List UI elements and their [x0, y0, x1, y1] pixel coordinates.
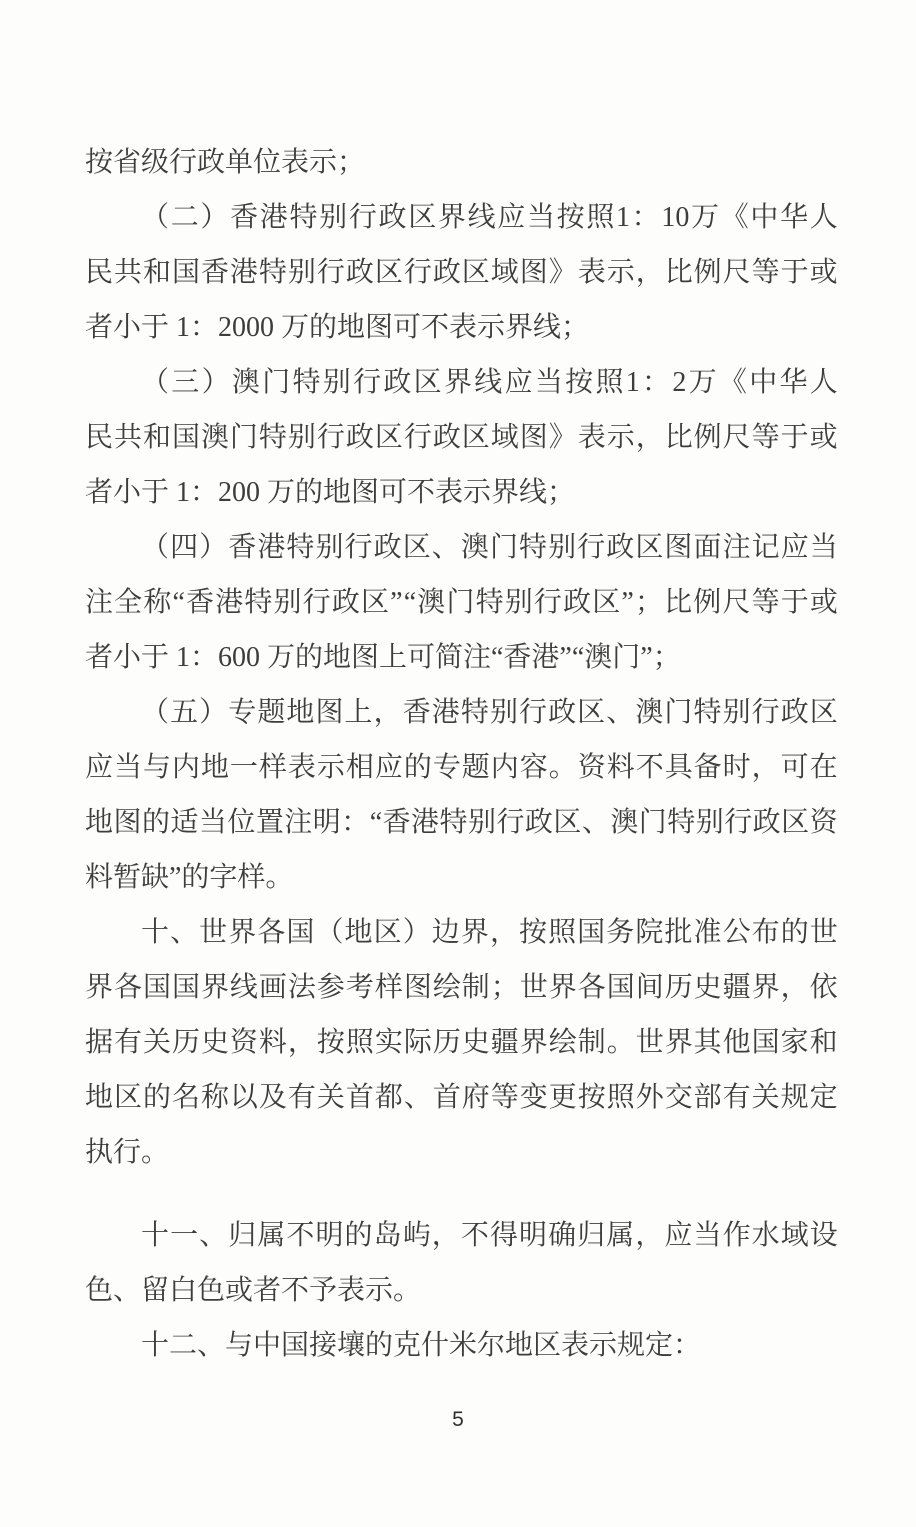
text-line: 者小于 1：2000 万的地图可不表示界线； [85, 300, 838, 355]
text-line: 者小于 1：200 万的地图可不表示界线； [85, 465, 838, 520]
text-line: 注全称“香港特别行政区”“澳门特别行政区”；比例尺等于或 [85, 575, 838, 630]
text-line: 民共和国香港特别行政区行政区域图》表示，比例尺等于或 [85, 245, 838, 300]
text-line: 者小于 1：600 万的地图上可简注“香港”“澳门”； [85, 630, 838, 685]
text-line: 料暂缺”的字样。 [85, 850, 838, 905]
text-line: 据有关历史资料，按照实际历史疆界绘制。世界其他国家和 [85, 1015, 838, 1070]
text-line: 色、留白色或者不予表示。 [85, 1263, 838, 1318]
text-line: （四）香港特别行政区、澳门特别行政区图面注记应当 [85, 520, 838, 575]
text-line: 十二、与中国接壤的克什米尔地区表示规定： [85, 1318, 838, 1373]
text-line: 民共和国澳门特别行政区行政区域图》表示，比例尺等于或 [85, 410, 838, 465]
text-line: 执行。 [85, 1125, 838, 1180]
text-line: 应当与内地一样表示相应的专题内容。资料不具备时，可在 [85, 740, 838, 795]
text-line: 地图的适当位置注明：“香港特别行政区、澳门特别行政区资 [85, 795, 838, 850]
text-line: 十、世界各国（地区）边界，按照国务院批准公布的世 [85, 905, 838, 960]
text-line: （二）香港特别行政区界线应当按照1：10万《中华人 [85, 190, 838, 245]
text-line: 十一、归属不明的岛屿，不得明确归属，应当作水域设 [85, 1208, 838, 1263]
document-body: 按省级行政单位表示； （二）香港特别行政区界线应当按照1：10万《中华人 民共和… [85, 135, 838, 1373]
text-line: 按省级行政单位表示； [85, 135, 838, 190]
document-page: 按省级行政单位表示； （二）香港特别行政区界线应当按照1：10万《中华人 民共和… [0, 0, 916, 1527]
text-line: 地区的名称以及有关首都、首府等变更按照外交部有关规定 [85, 1070, 838, 1125]
page-number: 5 [0, 1408, 916, 1432]
text-line: （五）专题地图上，香港特别行政区、澳门特别行政区 [85, 685, 838, 740]
text-line: 界各国国界线画法参考样图绘制；世界各国间历史疆界，依 [85, 960, 838, 1015]
text-line: （三）澳门特别行政区界线应当按照1：2万《中华人 [85, 355, 838, 410]
